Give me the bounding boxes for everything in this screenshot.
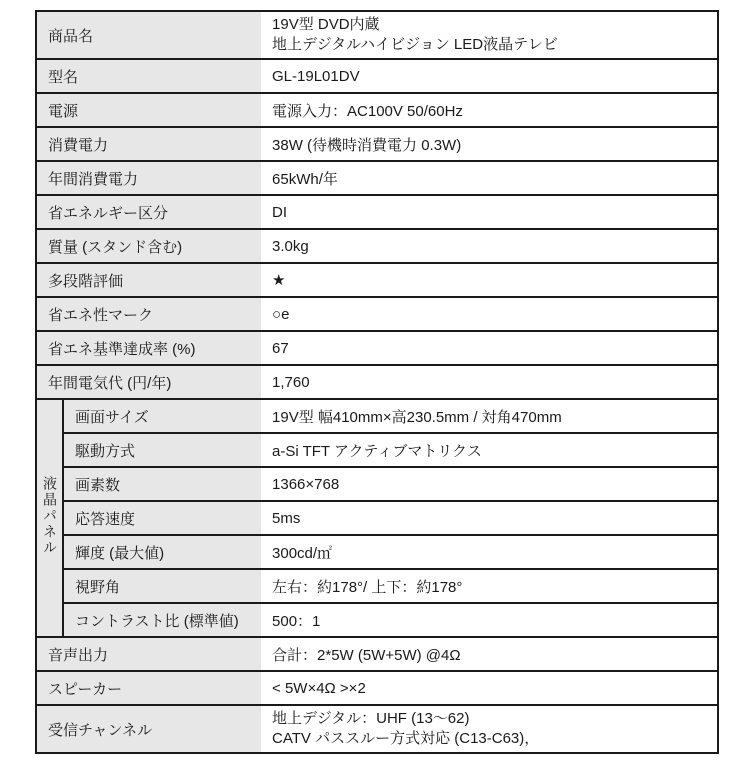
row-value: 67: [261, 331, 718, 365]
row-value: 19V型 幅410mm×高230.5mm / 対角470mm: [261, 399, 718, 433]
value-line-2: CATV パススルー方式対応 (C13-C63)，: [272, 729, 711, 749]
row-label: 商品名: [36, 11, 261, 59]
row-value: ○e: [261, 297, 718, 331]
row-label: 型名: [36, 59, 261, 93]
table-row-annual-power-consumption: 年間消費電力 65kWh/年: [36, 161, 718, 195]
row-value: 19V型 DVD内蔵 地上デジタルハイビジョン LED液晶テレビ: [261, 11, 718, 59]
table-row-product-name: 商品名 19V型 DVD内蔵 地上デジタルハイビジョン LED液晶テレビ: [36, 11, 718, 59]
row-label: 駆動方式: [63, 433, 261, 467]
value-line-1: 地上デジタル：UHF (13～62): [272, 709, 711, 729]
table-row-response-time: 応答速度 5ms: [36, 501, 718, 535]
table-row-model-name: 型名 GL-19L01DV: [36, 59, 718, 93]
table-row-viewing-angle: 視野角 左右：約178°/ 上下：約178°: [36, 569, 718, 603]
table-row-multi-level-rating: 多段階評価 ★: [36, 263, 718, 297]
row-label: 年間電気代 (円/年): [36, 365, 261, 399]
row-label: 消費電力: [36, 127, 261, 161]
row-value: 地上デジタル：UHF (13～62) CATV パススルー方式対応 (C13-C…: [261, 705, 718, 753]
row-label: 質量 (スタンド含む): [36, 229, 261, 263]
row-value: 500：1: [261, 603, 718, 637]
table-row-pixel-count: 画素数 1366×768: [36, 467, 718, 501]
row-label: 画面サイズ: [63, 399, 261, 433]
table-row-audio-output: 音声出力 合計：2*5W (5W+5W) @4Ω: [36, 637, 718, 671]
row-value: 1366×768: [261, 467, 718, 501]
row-value: 38W (待機時消費電力 0.3W): [261, 127, 718, 161]
row-label: コントラスト比 (標準値): [63, 603, 261, 637]
row-value: GL-19L01DV: [261, 59, 718, 93]
row-label: 画素数: [63, 467, 261, 501]
table-row-screen-size: 液晶パネル 画面サイズ 19V型 幅410mm×高230.5mm / 対角470…: [36, 399, 718, 433]
lcd-panel-group-cell: 液晶パネル: [36, 399, 63, 637]
table-row-annual-electricity-cost: 年間電気代 (円/年) 1,760: [36, 365, 718, 399]
row-value: 左右：約178°/ 上下：約178°: [261, 569, 718, 603]
row-label: 電源: [36, 93, 261, 127]
row-label: 省エネ基準達成率 (%): [36, 331, 261, 365]
table-row-weight: 質量 (スタンド含む) 3.0kg: [36, 229, 718, 263]
row-value: ★: [261, 263, 718, 297]
row-label: 受信チャンネル: [36, 705, 261, 753]
row-label: 視野角: [63, 569, 261, 603]
row-label: 多段階評価: [36, 263, 261, 297]
lcd-panel-group-label: 液晶パネル: [37, 476, 62, 556]
row-value: 合計：2*5W (5W+5W) @4Ω: [261, 637, 718, 671]
row-label: スピーカー: [36, 671, 261, 705]
row-label: 省エネ性マーク: [36, 297, 261, 331]
table-row-energy-standard-achievement: 省エネ基準達成率 (%) 67: [36, 331, 718, 365]
row-value: 300cd/㎡: [261, 535, 718, 569]
table-row-drive-system: 駆動方式 a-Si TFT アクティブマトリクス: [36, 433, 718, 467]
value-line-2: 地上デジタルハイビジョン LED液晶テレビ: [272, 35, 711, 55]
table-row-brightness: 輝度 (最大値) 300cd/㎡: [36, 535, 718, 569]
row-value: 1,760: [261, 365, 718, 399]
table-row-energy-saving-category: 省エネルギー区分 DI: [36, 195, 718, 229]
row-label: 省エネルギー区分: [36, 195, 261, 229]
product-spec-table: 商品名 19V型 DVD内蔵 地上デジタルハイビジョン LED液晶テレビ 型名 …: [35, 10, 719, 754]
table-row-power-consumption: 消費電力 38W (待機時消費電力 0.3W): [36, 127, 718, 161]
row-value: 電源入力：AC100V 50/60Hz: [261, 93, 718, 127]
row-value: 65kWh/年: [261, 161, 718, 195]
table-row-contrast-ratio: コントラスト比 (標準値) 500：1: [36, 603, 718, 637]
table-row-receiving-channel: 受信チャンネル 地上デジタル：UHF (13～62) CATV パススルー方式対…: [36, 705, 718, 753]
table-row-speaker: スピーカー < 5W×4Ω >×2: [36, 671, 718, 705]
row-label: 輝度 (最大値): [63, 535, 261, 569]
row-label: 音声出力: [36, 637, 261, 671]
row-value: < 5W×4Ω >×2: [261, 671, 718, 705]
table-row-energy-saving-mark: 省エネ性マーク ○e: [36, 297, 718, 331]
row-value: 3.0kg: [261, 229, 718, 263]
row-value: 5ms: [261, 501, 718, 535]
table-row-power: 電源 電源入力：AC100V 50/60Hz: [36, 93, 718, 127]
value-line-1: 19V型 DVD内蔵: [272, 15, 711, 35]
row-label: 応答速度: [63, 501, 261, 535]
row-value: a-Si TFT アクティブマトリクス: [261, 433, 718, 467]
row-label: 年間消費電力: [36, 161, 261, 195]
row-value: DI: [261, 195, 718, 229]
